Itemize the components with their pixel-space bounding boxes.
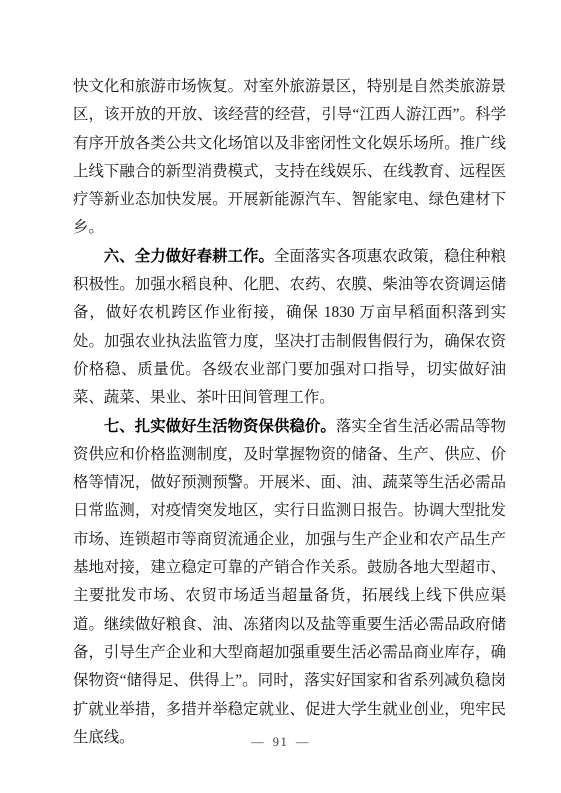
paragraph-text: 快文化和旅游市场恢复。对室外旅游景区，特别是自然类旅游景区，该开放的开放、该经营… — [73, 78, 506, 236]
document-page: 快文化和旅游市场恢复。对室外旅游景区，特别是自然类旅游景区，该开放的开放、该经营… — [0, 0, 561, 793]
document-body: 快文化和旅游市场恢复。对室外旅游景区，特别是自然类旅游景区，该开放的开放、该经营… — [73, 73, 506, 752]
paragraph-text: 全面落实各项惠农政策，稳住种粮积极性。加强水稻良种、化肥、农药、农膜、柴油等农资… — [73, 248, 506, 406]
paragraph-continuation: 快文化和旅游市场恢复。对室外旅游景区，特别是自然类旅游景区，该开放的开放、该经营… — [73, 73, 506, 243]
section-6-heading: 六、全力做好春耕工作。 — [104, 248, 274, 265]
page-number: — 91 — — [251, 735, 310, 750]
paragraph-section-6: 六、全力做好春耕工作。全面落实各项惠农政策，稳住种粮积极性。加强水稻良种、化肥、… — [73, 243, 506, 413]
paragraph-text: 落实全省生活必需品等物资供应和价格监测制度，及时掌握物资的储备、生产、供应、价格… — [73, 418, 506, 746]
section-7-heading: 七、扎实做好生活物资保供稳价。 — [104, 418, 336, 435]
page-footer: — 91 — — [0, 733, 561, 751]
paragraph-section-7: 七、扎实做好生活物资保供稳价。落实全省生活必需品等物资供应和价格监测制度，及时掌… — [73, 413, 506, 753]
